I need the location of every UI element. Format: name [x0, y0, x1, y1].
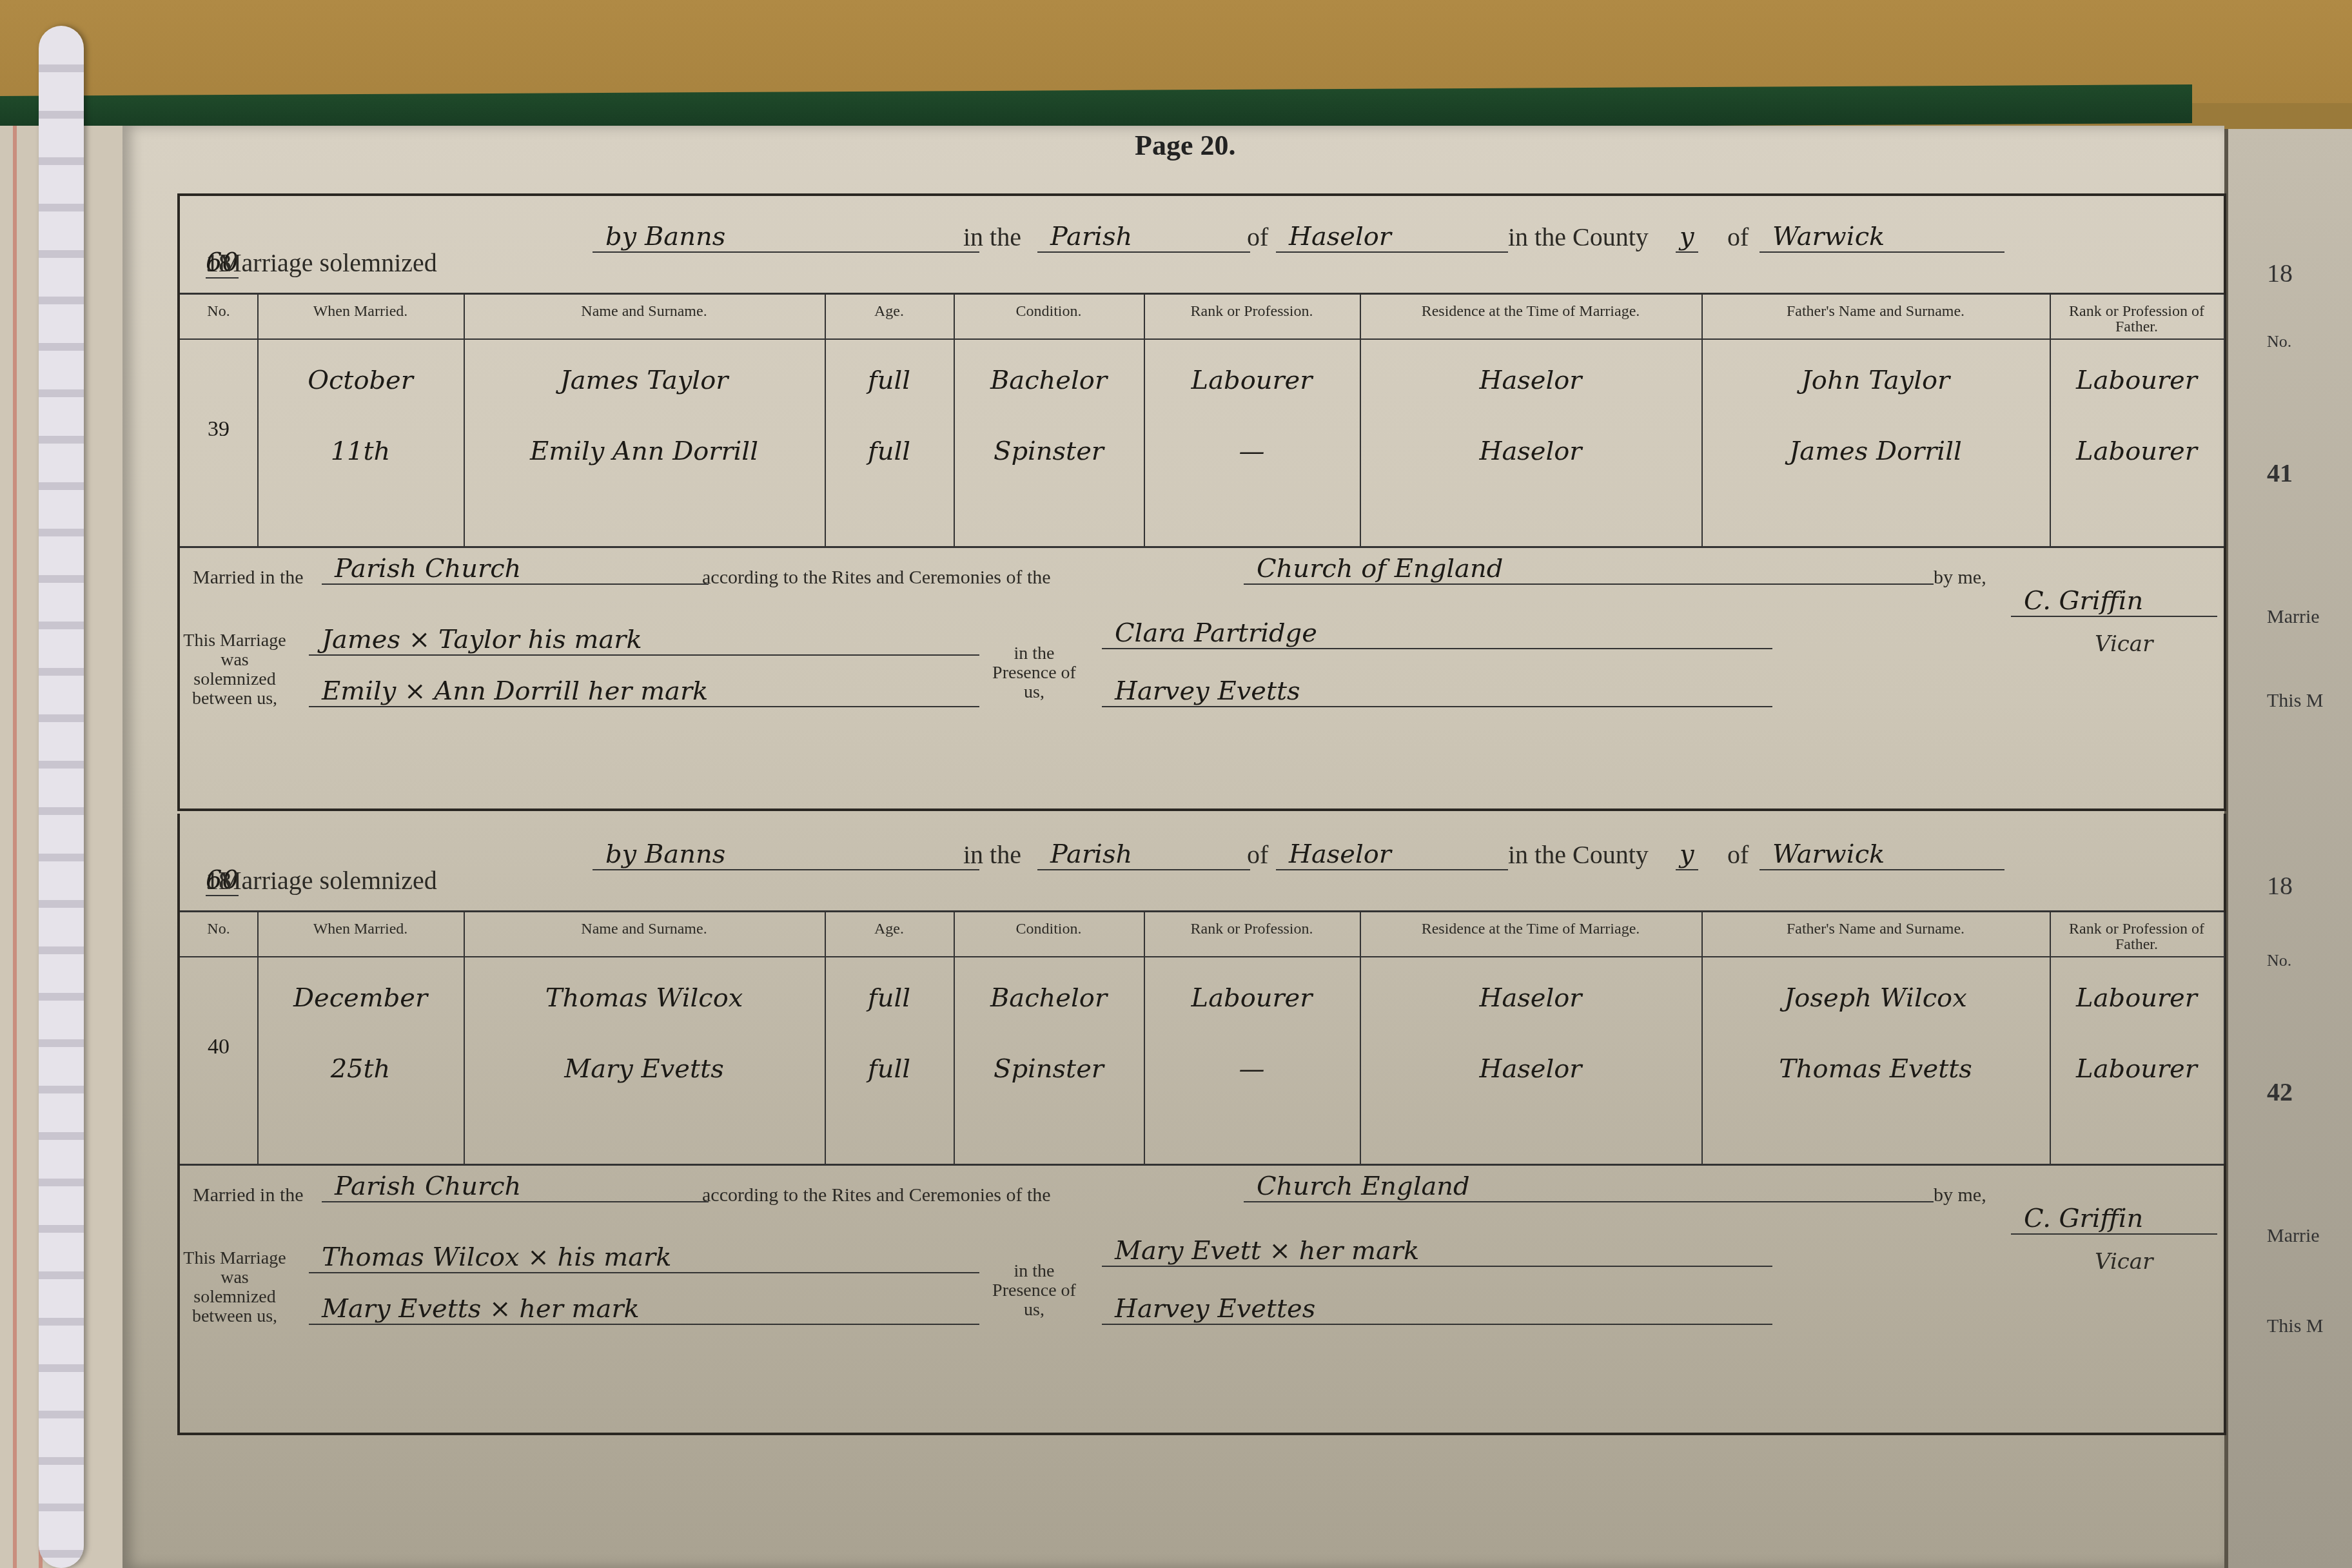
- ranks-line-2: —: [1144, 436, 1360, 466]
- witness-signature-2: Harvey Evetts: [1102, 676, 1772, 707]
- presence-label: in the Presence of us,: [992, 644, 1076, 702]
- solemnized-label: . Marriage solemnized: [206, 248, 437, 278]
- facing-no-label-2: No.: [2267, 951, 2291, 970]
- this-marriage-label: This Marriage was solemnized between us,: [180, 631, 289, 709]
- county-suffix: y: [1676, 839, 1698, 870]
- entry-header: 1860. Marriage solemnizedby Bannsin theP…: [180, 196, 2224, 280]
- entry-number-41: 41: [2267, 458, 2293, 488]
- ages-line-2: full: [825, 1054, 954, 1084]
- names-line-1: James Taylor: [464, 366, 825, 395]
- column-header: Residence at the Time of Marriage.: [1360, 912, 1701, 957]
- this-marriage-label: This Marriage was solemnized between us,: [180, 1249, 289, 1326]
- column: Father's Name and Surname.John TaylorJam…: [1701, 295, 2051, 546]
- facing-year: 18: [2267, 258, 2293, 288]
- residences-line-1: Haselor: [1360, 366, 1701, 395]
- names-line-1: Thomas Wilcox: [464, 983, 825, 1013]
- column-header: Condition.: [954, 295, 1144, 340]
- column-header: No.: [180, 295, 257, 340]
- by-me-label: by me,: [1934, 567, 1986, 589]
- when-married-line-2: 25th: [257, 1054, 464, 1084]
- officiant-title: Vicar: [2095, 631, 2153, 657]
- column-header: Condition.: [954, 912, 1144, 957]
- column-header: Father's Name and Surname.: [1701, 912, 2050, 957]
- fathers-line-1: Joseph Wilcox: [1701, 983, 2050, 1013]
- column: Residence at the Time of Marriage.Haselo…: [1360, 295, 1703, 546]
- marriage-entry: 1860. Marriage solemnizedby Bannsin theP…: [177, 814, 2226, 1435]
- ranks-line-1: Labourer: [1144, 983, 1360, 1013]
- column: Rank or Profession of Father.LabourerLab…: [2050, 912, 2225, 1164]
- of-label: of: [1247, 839, 1268, 870]
- solemnized-by: by Banns: [593, 222, 979, 253]
- column: No.40: [180, 912, 259, 1164]
- residences-line-2: Haselor: [1360, 436, 1701, 466]
- solemnized-label: . Marriage solemnized: [206, 865, 437, 896]
- column: Father's Name and Surname.Joseph WilcoxT…: [1701, 912, 2051, 1164]
- party-signature-1: James × Taylor his mark: [309, 625, 979, 656]
- facing-this-label-2: This M: [2267, 1315, 2324, 1337]
- place-name: Haselor: [1276, 222, 1508, 253]
- column: Rank or Profession.Labourer—: [1144, 295, 1361, 546]
- conditions-line-2: Spinster: [954, 436, 1144, 466]
- column-header: Father's Name and Surname.: [1701, 295, 2050, 340]
- column-header: Rank or Profession of Father.: [2050, 295, 2224, 340]
- fathers-line-1: John Taylor: [1701, 366, 2050, 395]
- column: Residence at the Time of Marriage.Haselo…: [1360, 912, 1703, 1164]
- column: Rank or Profession of Father.LabourerLab…: [2050, 295, 2225, 546]
- column-header: Rank or Profession.: [1144, 295, 1360, 340]
- entry-number: 39: [180, 417, 257, 442]
- married-in-place: Parish Church: [322, 1171, 709, 1202]
- residences-line-2: Haselor: [1360, 1054, 1701, 1084]
- county-label: in the County: [1508, 839, 1649, 870]
- rites-denomination: Church England: [1244, 1171, 1934, 1202]
- column: Age.fullfull: [825, 912, 955, 1164]
- in-the-label: in the: [963, 839, 1021, 870]
- when-married-line-1: December: [257, 983, 464, 1013]
- father-ranks-line-2: Labourer: [2050, 436, 2224, 466]
- married-in-label: Married in the: [193, 567, 304, 589]
- column-header: Residence at the Time of Marriage.: [1360, 295, 1701, 340]
- column-header: Name and Surname.: [464, 912, 825, 957]
- names-line-2: Mary Evetts: [464, 1054, 825, 1084]
- names-line-2: Emily Ann Dorrill: [464, 436, 825, 466]
- column: Name and Surname.James TaylorEmily Ann D…: [464, 295, 826, 546]
- father-ranks-line-1: Labourer: [2050, 983, 2224, 1013]
- married-in-place: Parish Church: [322, 554, 709, 585]
- witness-signature-2: Harvey Evettes: [1102, 1294, 1772, 1325]
- page-title: Page 20.: [1135, 129, 1235, 162]
- party-signature-1: Thomas Wilcox × his mark: [309, 1242, 979, 1273]
- officiant-signature: C. Griffin: [2011, 586, 2217, 617]
- rites-label: according to the Rites and Ceremonies of…: [702, 1184, 1051, 1206]
- column: When Married.December25th: [257, 912, 465, 1164]
- party-signature-2: Emily × Ann Dorrill her mark: [309, 676, 979, 707]
- bookmark-cord: [39, 26, 84, 1568]
- witness-signature-1: Mary Evett × her mark: [1102, 1236, 1772, 1267]
- entry-number-42: 42: [2267, 1077, 2293, 1107]
- entry-table: No.39When Married.October11thName and Su…: [180, 293, 2224, 548]
- residences-line-1: Haselor: [1360, 983, 1701, 1013]
- rites-label: according to the Rites and Ceremonies of…: [702, 567, 1051, 589]
- of-label: of: [1727, 839, 1749, 870]
- father-ranks-line-1: Labourer: [2050, 366, 2224, 395]
- column-header: Age.: [825, 912, 954, 957]
- entry-number: 40: [180, 1035, 257, 1059]
- column-header: Name and Surname.: [464, 295, 825, 340]
- facing-married-label: Marrie: [2267, 606, 2320, 628]
- fathers-line-2: James Dorrill: [1701, 436, 2050, 466]
- column-header: Rank or Profession of Father.: [2050, 912, 2224, 957]
- entry-footer: Married in theParish Churchaccording to …: [180, 1165, 2224, 1423]
- column: No.39: [180, 295, 259, 546]
- county-name: Warwick: [1759, 222, 2004, 253]
- column: Rank or Profession.Labourer—: [1144, 912, 1361, 1164]
- facing-page: 18 No. 41 Marrie This M 18 No. 42 Marrie…: [2224, 129, 2352, 1568]
- entry-footer: Married in theParish Churchaccording to …: [180, 547, 2224, 805]
- column: Condition.BachelorSpinster: [954, 912, 1145, 1164]
- column-header: Rank or Profession.: [1144, 912, 1360, 957]
- facing-year-2: 18: [2267, 870, 2293, 901]
- place-type: Parish: [1037, 222, 1250, 253]
- column-header: When Married.: [257, 295, 464, 340]
- column-header: No.: [180, 912, 257, 957]
- conditions-line-2: Spinster: [954, 1054, 1144, 1084]
- witness-signature-1: Clara Partridge: [1102, 618, 1772, 649]
- officiant-title: Vicar: [2095, 1249, 2153, 1275]
- conditions-line-1: Bachelor: [954, 983, 1144, 1013]
- ranks-line-2: —: [1144, 1054, 1360, 1084]
- column: Name and Surname.Thomas WilcoxMary Evett…: [464, 912, 826, 1164]
- column-header: Age.: [825, 295, 954, 340]
- facing-no-label: No.: [2267, 332, 2291, 351]
- rites-denomination: Church of England: [1244, 554, 1934, 585]
- in-the-label: in the: [963, 222, 1021, 252]
- county-suffix: y: [1676, 222, 1698, 253]
- column: Age.fullfull: [825, 295, 955, 546]
- when-married-line-2: 11th: [257, 436, 464, 466]
- ages-line-2: full: [825, 436, 954, 466]
- of-label: of: [1727, 222, 1749, 252]
- facing-this-label: This M: [2267, 690, 2324, 712]
- fathers-line-2: Thomas Evetts: [1701, 1054, 2050, 1084]
- column: Condition.BachelorSpinster: [954, 295, 1145, 546]
- when-married-line-1: October: [257, 366, 464, 395]
- column-header: When Married.: [257, 912, 464, 957]
- entry-header: 1860. Marriage solemnizedby Bannsin theP…: [180, 814, 2224, 897]
- place-name: Haselor: [1276, 839, 1508, 870]
- father-ranks-line-2: Labourer: [2050, 1054, 2224, 1084]
- of-label: of: [1247, 222, 1268, 252]
- married-in-label: Married in the: [193, 1184, 304, 1206]
- conditions-line-1: Bachelor: [954, 366, 1144, 395]
- county-label: in the County: [1508, 222, 1649, 252]
- county-name: Warwick: [1759, 839, 2004, 870]
- ages-line-1: full: [825, 366, 954, 395]
- solemnized-by: by Banns: [593, 839, 979, 870]
- ages-line-1: full: [825, 983, 954, 1013]
- entry-table: No.40When Married.December25thName and S…: [180, 910, 2224, 1166]
- ranks-line-1: Labourer: [1144, 366, 1360, 395]
- by-me-label: by me,: [1934, 1184, 1986, 1206]
- party-signature-2: Mary Evetts × her mark: [309, 1294, 979, 1325]
- facing-married-label-2: Marrie: [2267, 1225, 2320, 1247]
- place-type: Parish: [1037, 839, 1250, 870]
- marriage-entry: 1860. Marriage solemnizedby Bannsin theP…: [177, 193, 2226, 811]
- officiant-signature: C. Griffin: [2011, 1204, 2217, 1235]
- column: When Married.October11th: [257, 295, 465, 546]
- presence-label: in the Presence of us,: [992, 1262, 1076, 1320]
